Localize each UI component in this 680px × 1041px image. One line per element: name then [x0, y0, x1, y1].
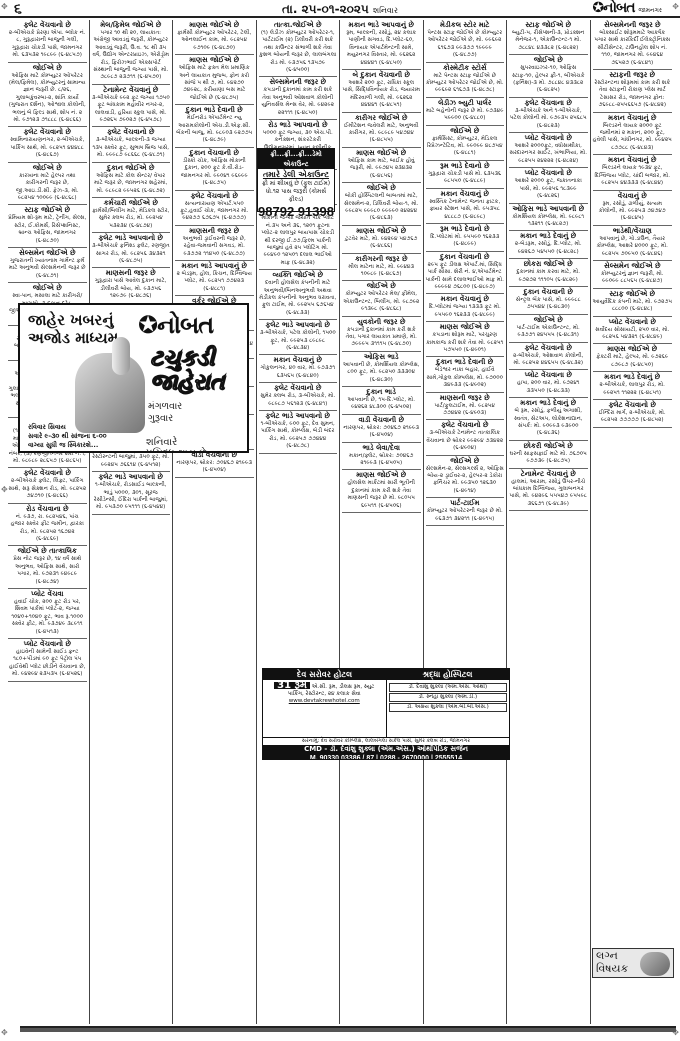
classified-ad: જોઈએ છેઓફિસ માટે કોમ્પ્યુટર ઓપરેટર (મેલ/… [8, 63, 87, 128]
ad-title: મકાન વેંચવાનું છે [426, 295, 505, 304]
ad-body: કપડાની દુકાનમાં કામ કરી શકે તેવા અનુભવી … [259, 87, 338, 117]
ad-title: મકાન વેંચવાનું છે [593, 156, 673, 165]
ad-body: નારણપર, બ્રોકર: ૭૦૪૬૭ ૨૧૯૯૩ (૬-૪૫૦૪) [175, 460, 254, 475]
classified-ad: ફ્લેટ વેંચવાનો છે૨-બીએચકે ફ્લેટ, લિફ્ટ, … [8, 468, 87, 503]
classified-ad: જોઈએ છેસેલ્સમેન-૨, સેલ્સગર્લ્સ ૨, ઓફિસ બ… [426, 456, 505, 499]
day-3: શનિવારે [146, 437, 177, 448]
city-text: જામનગર [638, 7, 662, 14]
ad-title: સ્ટાફ જોઈએ છે [509, 21, 588, 30]
classified-ad: માણસ જોઈએ છેફાર્મસી કોમ્પ્યુટર ઓપરેટર, ટ… [175, 20, 254, 55]
ad-body: ટુટવેર માટે, મો. ૯૪૨૯૪ ૫૪૭૬૭ (૬-૪૮૬૬) [342, 236, 421, 251]
ad-body: નારણપર, બ્રોકર: ૭૦૪૬૭ ૨૧૯૯૩ (૬-૪૫૦૪) [342, 425, 421, 440]
ad-body: પાર્ટ/ફુલટાઈમ, મો. ૯૮૨૫૪ ૭૭૪૪૨ (૬-૪૯૦૩) [426, 403, 505, 418]
ad-body: મકાન/ફ્લેટ, બ્રોકર: ૭૦૪૬૭ ૨૧૯૯૩ (૬-૪૫૦૫) [342, 453, 421, 468]
ad-title: જોઈએ છે તાત્કાલિક [8, 547, 87, 556]
crop-mark-icon: ✥ [1, 1028, 8, 1037]
tuchukdi-jaherat-ad: જાહેર ખબરનુંઅજોડ માધ્યમ ✪નોબત ટચુકડીજાહે… [18, 303, 249, 453]
drummer-logo-icon: ✪ [138, 311, 157, 339]
ad-body: બિલ્ડરને લાયક ૧૯૩૪ ફૂટ, દિગ્વિજય પ્લોટ, … [593, 165, 673, 187]
ad-body: ૩-બીએચકે ફર્નિશ્ડ ફ્લેટ, રણજીત સાગર રોડ,… [92, 243, 171, 265]
ad-body: નં. ૯૩૭, રા. ૯૮૨૫૪૬, પાંચ હજાર સ્ક્વેર ફ… [8, 514, 87, 544]
ad-title: ટેનામેન્ટ વેંચવાનું છે [509, 470, 588, 479]
classified-ad: જોઈએ છેકારખાના માટે હેલ્પર તથા કારીગરની … [8, 163, 87, 206]
classified-ad: તાત્કા.જોઈએ છે(૧) લેડીઝ કોમ્પ્યુટર ઓપરેટ… [259, 20, 338, 77]
thumbs-up-hand-icon [75, 353, 145, 433]
classified-ad: દુકાન ભાડે દેવાની છેમેઈનરોડ એપાર્ટમેન્ટ … [175, 105, 254, 148]
classified-ad: જોઈએ છે તાત્કાલિકપ્રેસ નોટ જરૂર છે, ૧૪ વ… [8, 546, 87, 589]
classified-ad: ફ્લેટ વેંચવાનો છે૩-બીએચકે, બાલ્કની-૩ જગ્… [92, 127, 171, 162]
brand-text: નોબત [157, 311, 213, 339]
ad-title: ફ્લેટ ભાડે આપવાનો છે [259, 321, 338, 330]
classified-ad: સ્ટાફ જોઈએ છેબ્યુટી-૫, રીસેપ્શની-૩, પ્રો… [509, 20, 588, 55]
ad-body: ઈમીટેશન જવેલરી માટે, અનુભવી કારીગર, મો. … [342, 123, 421, 145]
ad-title: પ્લોટ વેંચવા [8, 590, 87, 599]
classified-ad: પ્લોટ વેંચવાનો છેઆશરે ૨૦૦૦ફૂટ, વધોસાથીકા… [509, 133, 588, 168]
classified-ad: ફ્લેટ વેંચવાના છે૩-બીએચકે અને ૧-બીએચકે, … [509, 98, 588, 133]
title-2: જાહેરાત [150, 371, 224, 395]
ad-title: છોકરી જોઈએ છે [509, 442, 588, 451]
classified-ad: ઓફિસ ભાડે આપવાની છેકોમર્શિયલ કોમ્પ્લેક્ષ… [509, 204, 588, 232]
ad-title: મકાન ભાડે દેવાનું છે [509, 232, 588, 241]
ad-body: રૂમ, રસોડું, ઢાળીયું, સત્યમ કોલોની, મો. … [593, 201, 673, 223]
classified-ad: સ્ટાફ જોઈએ છેપ્રેમિયમ શો-રૂમ માટે, ટ્રેન… [8, 205, 87, 248]
ad-title: રૂમ ભાડે દેવાનો છે [426, 162, 505, 171]
ad-title: વાડી વેંચવાની છે [342, 416, 421, 425]
ad-title: મકાન વેંચવાનું છે [426, 190, 505, 199]
ad-body: બોકી હોસ્પિટલની બાબતમાં માટે, સેલ્સમેન-૨… [342, 193, 421, 223]
ad-body: બે રૂમ, રસોડું, ફળીયું અગાશી, સ્વતંત્ર, … [509, 408, 588, 438]
ad-title: માણસની જરૂર છે [92, 269, 171, 278]
classified-ad: સેલ્સમેનની જરૂર છેકપડાની દુકાનમાં કામ કર… [259, 77, 338, 120]
ad-title: ફ્લેટ વેંચવાનો છે [8, 21, 87, 30]
classified-ad: મકાન ભાડે દેવાનું છે૨-બેડરૂમ, રસોડું, દિ… [509, 231, 588, 259]
ad-title: જોઈએ છે [8, 284, 87, 293]
ad-title: મેડીકલ સ્ટોર માટે [426, 21, 505, 30]
ad-title: પ્લોટ વેંચવાનો છે [509, 169, 588, 178]
lagna-vishayak-banner: લગ્ન વિષયક [592, 948, 674, 978]
ad-body: ઓફિસ કામ માટે, બાઈક હોવું જરૂરી, મો. ૯૯૭… [342, 158, 421, 180]
column-6: મેડીકલ સ્ટોર માટેપેન્ટસ સ્ટાફ જોઈએ છે કો… [424, 20, 508, 1024]
ad-title: જોઈએ છે [8, 64, 87, 73]
classified-ad: દુકાન વેંચવાની છેસેન્ટ્રલ બેંક પાસે, મો.… [509, 287, 588, 315]
ad-title: મેલ/ફિમેલ જોઈએ છે [92, 21, 171, 30]
hospital-title: શ્રદ્ધા હોસ્પિટલ [386, 669, 509, 680]
demo-account-ad: ફ્રી...ફ્રી...ફ્રી...ડેમો એકાઉન્ટ તમારે … [257, 148, 335, 212]
ad-body: કોમ્પ્યુટર ઓપરેટર મેલ/ ફીમેલ, એકાઉન્ટન્ટ… [342, 291, 421, 313]
ad-body: હાઇવેની સામેની સાઈડ ફ્રન્ટ ૧૮૦+પીડમાં ૯૦… [8, 649, 87, 679]
ad-body: દવાની હોલસેલ કંપનીની માટે અનુભવી/બિનઅનુભ… [259, 280, 338, 317]
doctor-3: ડૉ. અક્ષય શુક્લા (એમ.બી.બી.એસ.) [389, 703, 508, 712]
ad-title: કારીગરની જરૂર છે [342, 255, 421, 264]
classified-ad: ફ્લેટ વેંચવાનો છે૨-બીએચકે પ્રેરણા એપા. બ… [8, 20, 87, 63]
ad-body: કારખાના માટે હેલ્પર તથા કારીગરની જરૂર છે… [8, 173, 87, 203]
ad-title: જોઈએ છે [342, 282, 421, 291]
classified-ad: મકાન વેંચવાનું છેબિલ્ડરને લાયક ૧૯૩૪ ફૂટ,… [593, 155, 673, 190]
title-1: ટચુકડી [150, 347, 224, 371]
hotel-website-link[interactable]: www.devtakrewhotel.com [289, 698, 360, 704]
hotel-hospital-ad: દેવ સરોવર હોટલશ્રદ્ધા હોસ્પિટલ 31 રૂમ એ.… [262, 668, 510, 760]
classified-ad: ફ્લેટ વેંચવાનો છેઈન્દિરા માર્ગ, ૨-બીએચકે… [593, 400, 673, 428]
ad-body: સેલ્સમેન-૨, સેલ્સગર્લ્સ ૨, ઓફિસ બોય-૨ ડ્… [426, 466, 505, 496]
classified-ad: કોસ્મેટીક સ્ટોર્સમાટે પેન્ટસ સ્ટાફ જોઈએ … [426, 63, 505, 98]
ad-body: ફેક્ટરી માટે, હેલ્પર, મો. ૯૭૨૬૯ ૮૭૯૮૭ (૬… [593, 354, 673, 369]
published-text: શનિવારેપ્રસિદ્ધ થાય છે... [146, 437, 216, 453]
classified-ad: પ્લોટ વેંચવાનો છેસર્વોદય સોસાયટી, ૨૫૦ વા… [593, 317, 673, 345]
classified-ad: દુકાન ભાડેઆપવાની છે, ૧૫-દિ.પ્લોટ, મો. ૯૪… [342, 387, 421, 415]
ad-body: અનુભવી ડ્રાઈવરની જરૂર છે, રહેવા-જમવાની સ… [175, 236, 254, 258]
ad-body: ૨-બીએચકે પ્રેરણા એપા. બ્લોક નં. ૮, ગુરૂદ… [8, 30, 87, 60]
classified-ad: પ્લોટ વેંચવાનો છેઆશરે ૨૦૦૦ ફૂટ, જકાતનાકા… [509, 168, 588, 203]
ad-title: મકાન વેંચવાનું છે [593, 114, 673, 123]
ad-body: ઈન્દિરા માર્ગ, ૨-બીએચકે, મો. ૯૮૨૫૨ ૭૭૭૭૭… [593, 410, 673, 425]
ad-body: આશરે ૨૦૦૦ ફૂટ, જકાતનાકા પાસે, મો. ૯૯૨૫૬ … [509, 178, 588, 200]
ad-body: દિ.પ્લોટમાં જગ્યા ૧૩૩૩ ફૂટ મો. ૯૫૫૯૦ ૧૬૨… [426, 304, 505, 319]
ad-body: ઓફિસ માટે કોલ સેન્ટર/ વેપાર માટે જરૂર છે… [92, 173, 171, 195]
classified-ad: વાડી વેંચવાની છેનારણપર, બ્રોકર: ૭૦૪૬૭ ૨૧… [342, 415, 421, 443]
ad-title: જોઈએ છે [509, 56, 588, 65]
ad-body: બોક્સાઈટ શોરૂમમાટે આકર્ષક પગાર સાથે કારક… [593, 30, 673, 67]
ad-title: ફ્લેટ ભાડે આપવાનો છે [92, 473, 171, 482]
classified-ad: બે દુકાન વેંચવાની છેઆશરે ૨૦૦ ફૂટ, રાધિકા… [342, 70, 421, 113]
column-8: સેલ્સમેનની જરૂર છેબોક્સાઈટ શોરૂમમાટે આકર… [591, 20, 675, 1024]
classified-ad: જોઈએ છેકોમ્પ્યુટર ઓપરેટર મેલ/ ફીમેલ, એકા… [342, 281, 421, 316]
ad-body: ૨-બેડરૂમ, રસોડું, દિ.પ્લોટ, મો. ૯૪૨૬૭ ૫૪… [509, 241, 588, 256]
classified-ad: પ્લોટ વેંચવાના છેહાપા, ૨૦૦ વાર, મો. ૯૭૨૪… [509, 370, 588, 398]
ad-title: દુકાન વેંચવાની છે [426, 253, 505, 262]
ad-title: માણસ જોઈએ છે [342, 149, 421, 158]
ad-title: છોકરા જોઈએ છે [509, 260, 588, 269]
crop-mark-icon: ✥ [1, 2, 8, 11]
ad-title: દુકાન જોઈએ છે [92, 164, 171, 173]
page-header: ૬ તા. ૨૫-૦૧-૨૦૨૫ શનિવાર ✪નોબત જામનગર [0, 0, 680, 18]
ad-title: ફ્લેટ વેંચવાનો છે [259, 384, 338, 393]
ad-body: ૩-બીએચકે અને ૧-બીએચકે, પટેલ કોલોની મો. ૯… [509, 108, 588, 130]
classified-ad: પાર્ટ-ટાઈમકોમ્પ્યુટર ઓપરેટરની જરૂર છે મો… [426, 498, 505, 526]
ad-title: ભાડે લેવા/દેવા [342, 444, 421, 453]
classified-ad: વાડી વેંચવાની છેનારણપર, બ્રોકર: ૭૦૪૬૭ ૨૧… [175, 450, 254, 478]
ad-body: સુમેર ક્લબ રોડ, ૩-બીએચકે, મો. ૯૮૯૮૭ ૫૬૧૨… [259, 393, 338, 408]
ad-title: કોસ્મેટીક સ્ટોર્સ [426, 64, 505, 73]
classified-ad: દુકાન વેંચવાની છેડીસ્કો ચોક, ઓફિસ મોકાની… [175, 148, 254, 191]
ad-body: મીલ માટેના માટે, મો. ૯૯૪૪૩ ૧૦૯૮૯ (૬-૪૮૬૭… [342, 264, 421, 279]
ad-body: સત્યનારાયણ એપાર્ટ.પપ૦ ફૂટ,હવાઈ ચોક, જામન… [175, 201, 254, 223]
ad-timing-note: રવિવાર સિવાય સવારે ૯-૩૦ થી સાંજના ૬-૦૦ વ… [28, 423, 107, 450]
classified-ad: ઓફિસ ભાડેઆપવાની છે, કોમર્શિયલ કોમ્પ્લેક્… [342, 352, 421, 387]
ad-body: આયુર્વેદિક કંપની માટે, મો. ૯૭૨૭૫ ૮૮૮૦૦ (… [593, 299, 673, 314]
classified-ad: ફ્લેટ ભાડે આપવાનો છે૩-બીએચકે ફર્નિશ્ડ ફ્… [92, 233, 171, 268]
classified-ad: યુવકોની જરૂર છેકપડાની દુકાનમાં કામ કરી શ… [342, 317, 421, 352]
classifieds-columns: ફ્લેટ વેંચવાનો છે૨-બીએચકે પ્રેરણા એપા. બ… [6, 20, 674, 1024]
issue-date: તા. ૨૫-૦૧-૨૦૨૫ શનિવાર [0, 2, 680, 17]
ad-body: આપવાની છે, કોમર્શિયલ કોમ્પ્લેક્ષ, ૮૦૦ ફૂ… [342, 362, 421, 384]
classified-ad: દુકાન જોઈએ છેઓફિસ માટે કોલ સેન્ટર/ વેપાર… [92, 163, 171, 198]
ad-body: કોમ્પ્યુટર ઓપરેટરની જરૂર છે મો. ૯૬૩૭૧ ૩૪… [426, 508, 505, 523]
column-1: ફ્લેટ વેંચવાનો છે૨-બીએચકે પ્રેરણા એપા. બ… [6, 20, 90, 1024]
classified-ad: મકાન ભાડે દેવાનું છે૨-બીએચકે, લાલપુર રોડ… [593, 372, 673, 400]
classified-ad: માણસ જોઈએ છેટુટવેર માટે, મો. ૯૪૨૯૪ ૫૪૭૬૭… [342, 226, 421, 254]
ad-body: સેન્ટ્રલ બેંક પાસે, મો. ૯૯૯૮૮ ૭૫૫૪૪ (૬-૪… [509, 297, 588, 312]
ad-body: પગાર ૧૦ થી ૨૦, લાયકાત: અંગ્રેજી આવડવું જ… [92, 30, 171, 82]
ad-title: દુકાન ભાડે [342, 388, 421, 397]
classified-ad: માણસ જોઈએ છેહોલસેલ માર્કેટમાં સારી ભૂતીન… [342, 470, 421, 513]
classified-ad: સેલ્સમેનની જરૂર છેબોક્સાઈટ શોરૂમમાટે આકર… [593, 20, 673, 70]
ad-title: જોઈએ છે [342, 184, 421, 193]
ad-body: સ્વામિનારાયણનગર, ૨-બીએચકે, પાર્કિંગ સાથે… [8, 137, 87, 159]
ad-body: બ્યુટી-૫, રીસેપ્શની-૩, પ્રોડક્શન મેનેજર-… [509, 30, 588, 52]
day-1: મંગળવાર [148, 401, 182, 413]
classified-ad: પ્લોટ વેંચવાનો છેહાઇવેની સામેની સાઈડ ફ્ર… [8, 639, 87, 682]
promo-line-2: તમારે ડેલી એકાઉન્ટ [258, 169, 334, 180]
ad-body: ફાર્મસી/બિલીંગ માટે, મેડિકલ સ્ટોર, સુમેર… [92, 208, 171, 230]
classified-ad: માણસ જોઈએ છેફેક્ટરી માટે, હેલ્પર, મો. ૯૭… [593, 344, 673, 372]
classified-ad: ફ્લેટ ભાડે આપવાનો છે૩-બીએચકે, પટેલ કોલોન… [259, 320, 338, 355]
ad-title: ઓફિસ ભાડે [342, 353, 421, 362]
ad-title: માણસ જોઈએ છે [426, 323, 505, 332]
ad-body: ગુજરાતની ખ્યાતનામ ગાર્મેન્ટ ફર્મ માટે અન… [8, 258, 87, 280]
classified-ad: માણસ જોઈએ છેઓફિસ માટે ફક્ત મેલ પ્રમાણિક … [175, 55, 254, 105]
ad-title: દુકાન વેંચવાની છે [509, 288, 588, 297]
ad-body: ૨-બીએચકે, લાલપુર રોડ, મો. ૯૯૨૫૧ ૧૧૨૨૨ (૬… [593, 382, 673, 397]
column-3: માણસ જોઈએ છેફાર્મસી કોમ્પ્યુટર ઓપરેટર, ટ… [173, 20, 257, 1024]
ad-body: દુકાનમાં કામ કરવા માટે, મો. ૯૭૨૭૨ ૧૧૧૦૫ … [509, 269, 588, 284]
ad-brand: ✪નોબત [138, 311, 213, 339]
classified-ad: પ્લોટ વેંચવાહવાઈ ચોક, ૨૦૦ ફૂટ રોડ પર, શિ… [8, 589, 87, 639]
ad-title: જોઈએ છે [426, 127, 505, 136]
ad-title: માણસ જોઈએ છે [175, 56, 254, 65]
doctor-2: ડૉ. સ્નેહા શુક્લા (એમ.ડી.) [389, 693, 508, 702]
classified-ad: જોઈએ છેપાર્ટ-ટાઈમ એકાઉન્ટન્ટ, મો. ૯૩૭૭૧ … [509, 315, 588, 343]
ad-body: આપવાનું છે, ગો.ડાઉન, તૈયાર કોમ્પ્લેક્ષ, … [593, 236, 673, 258]
ad-body: ૨-બીએચકે ફ્લેટ, લિફ્ટ, પાર્કિંગ સાથે, સર… [8, 478, 87, 500]
ad-body: બિલ્ડરને લાયક ૨૦૦૦ ફૂટ જમીનમાં ૨ મકાન, ૨… [593, 123, 673, 153]
date-text: તા. ૨૫-૦૧-૨૦૨૫ [282, 2, 369, 16]
ad-title: ફ્લેટ ભાડે આપવાનો છે [259, 412, 338, 421]
ad-title: ટેનામેન્ટ વેંચવાનું છે [92, 86, 171, 95]
classified-ad: ટેનામેન્ટ વેંચવાનું છેહાલમાં, આરામ, રસોડ… [509, 469, 588, 512]
ad-title: દુકાન ભાડે દેવાની છે [175, 106, 254, 115]
ad-title: જોઈએ છે [509, 316, 588, 325]
classified-ad: રૂમ ભાડે દેવાનો છેદિ.પ્લોટમાં મો. ૯૫૫૯૦ … [426, 224, 505, 252]
ad-title: પાર્ટ-ટાઈમ [426, 499, 505, 508]
hotel-details: 31 રૂમ એ.સી. રૂમ, ડીલક્ષ રૂમ, સ્યુટ પાર્… [263, 680, 386, 737]
hotel-phones: M. 90330 03386 / 87 | 0288 - 2670000 | 2… [263, 754, 509, 761]
ad-body: કોમર્શિયલ કોમ્પ્લેક્ષ, મો. ૯૮૯૮૧ ૧૩૨૧૧ (… [509, 214, 588, 229]
column-7: સ્ટાફ જોઈએ છેબ્યુટી-૫, રીસેપ્શની-૩, પ્રો… [507, 20, 591, 1024]
ad-title: પ્લોટ વેંચવાનો છે [8, 640, 87, 649]
classified-ad: ફ્લેટ વેંચવાનો છેસ્વામિનારાયણનગર, ૨-બીએચ… [8, 127, 87, 162]
ad-body: માટે બહેનોની જરૂર છે મો. ૯૭૩૪૯ ૫૯૯૦૦ (૬-… [426, 108, 505, 123]
ad-title: સ્ટાફ જોઈએ છે [8, 206, 87, 215]
ad-title: મકાન ભાડે દેવાનું છે [509, 399, 588, 408]
ad-body: ઓફિસ માટે ફક્ત મેલ પ્રમાણિક અને લાયકાત મ… [175, 65, 254, 102]
classified-ad: ફ્લેટ વેંચવાનો છેસત્યનારાયણ એપાર્ટ.પપ૦ ફ… [175, 191, 254, 226]
ad-body: હવાઈ ચોક, ૨૦૦ ફૂટ રોડ પર, શિવમ પાર્કમાં … [8, 599, 87, 636]
room-desc: એ.સી. રૂમ, ડીલક્ષ રૂમ, સ્યુટ [312, 684, 375, 690]
classified-ad: રૂમ ભાડે દેવાનો છેગુરૂદ્વારા ચોકડી પાસે … [426, 161, 505, 189]
ad-title: જોઈએ છે [426, 457, 505, 466]
ad-body: હાલમાં, આરામ, રસોડું ઉપર-નીચે બાંધકામ દિ… [509, 479, 588, 509]
ad-title: કર્મચારી જોઈએ છે [92, 199, 171, 208]
ad-body: કોમ્પ્યુટરનું જ્ઞાન જરૂરી, મો. ૯૯૦૯૯ ૮૮૫… [593, 271, 673, 286]
ad-title: સ્ટાફ જોઈએ છે [593, 290, 673, 299]
column-2: મેલ/ફિમેલ જોઈએ છેપગાર ૧૦ થી ૨૦, લાયકાત: … [90, 20, 174, 1024]
ad-body: ફાર્મસી કોમ્પ્યુટર ઓપરેટર, ટેલી, ઓનલાઈન … [175, 30, 254, 52]
thumb-icon [112, 337, 130, 375]
promo-phone: 98792 91398 [258, 204, 334, 219]
note-2: સવારે ૯-૩૦ થી સાંજના ૬-૦૦ [28, 432, 107, 441]
ad-body: ૨૯૫ ફૂટ ડીલક્ષ એપાર્ટ.માં, સિદ્ધિ પાર્ક … [426, 262, 505, 292]
column-5: મકાન ભાડે આપવાનું છેરૂમ, બાલ્કની, રસોડું… [340, 20, 424, 1024]
ad-title: ઓફિસ ભાડે આપવાની છે [509, 205, 588, 214]
ad-title: મકાન ભાડે દેવાનું છે [593, 373, 673, 382]
newspaper-logo: ✪નોબત જામનગર [592, 0, 662, 16]
ad-title: સેલ્સમેનની જરૂર છે [593, 21, 673, 30]
ad-body: કપડાના શોરૂમ માટે, પરચુરણ કામકાજ કરી શકે… [426, 332, 505, 354]
classified-ad: દુકાન ભાડે દેવાની છેબેડેશ્વર નાકા બહાર, … [426, 357, 505, 392]
classified-ad: માણસની જરૂર છેઅનુભવી ડ્રાઈવરની જરૂર છે, … [175, 226, 254, 261]
ad-body: ઘરની સાફસફાઈ માટે મો. ૭૬૭૦૫ ૯૭૭૩૯ (૬-૪૮૭… [509, 451, 588, 466]
ad-body: રૂમ, બાલ્કની, રસોડું, ૨૪ કલાક પાણીની સગવ… [342, 30, 421, 67]
classified-ad: કારીગરની જરૂર છેમીલ માટેના માટે, મો. ૯૯૪… [342, 254, 421, 282]
ad-body: પ્રેમિયમ શો-રૂમ માટે, ટ્રેનીંગ, સેલ્સ, સ… [8, 215, 87, 245]
classified-ad: મકાન વેંચવાનું છેગોકુલનગર, ૪૦ વાર, મો. ૯… [259, 355, 338, 383]
ad-title: તાત્કા.જોઈએ છે [259, 21, 338, 30]
classified-ad: ફ્લેટ વેંચવાનો છેસુમેર ક્લબ રોડ, ૩-બીએચક… [259, 383, 338, 411]
ad-title: રોડ વેંચવાના છે [8, 505, 87, 514]
rooms-badge: 31 રૂમ [274, 682, 310, 689]
ad-body: કપડાની દુકાનમાં કામ કરી શકે તેવા, પગાર લ… [342, 327, 421, 349]
hospital-details: ડૉ. દેવાંશુ શુક્લા (એમ.એસ. ઓર્થો) ડૉ. સ્… [386, 680, 510, 737]
classified-ad: ભાડે લેવા/દેવામકાન/ફ્લેટ, બ્રોકર: ૭૦૪૬૭ … [342, 443, 421, 471]
note-3: વાગ્યા સુધી જ સ્વિકારશે... [28, 441, 107, 450]
ad-headline: જાહેર ખબરનુંઅજોડ માધ્યમ [28, 311, 118, 347]
ad-title: જોઈએ છે [8, 164, 87, 173]
weekday-text: શનિવાર [373, 6, 398, 15]
ad-body: ૩-બીએચકે ટેનામેન્ટ તાત્કાલિક વેંચવાના છે… [426, 430, 505, 452]
ad-body: ગુરૂદ્વારા પાસે આવેલ દુકાન માટે, ડીલીવરી… [92, 278, 171, 300]
ad-title: બે દુકાન વેંચવાની છે [342, 71, 421, 80]
ad-title: દુકાન વેંચવાની છે [175, 149, 254, 158]
hotel-title: દેવ સરોવર હોટલ [263, 669, 386, 680]
ad-body: ૩-બીએચકે, પટેલ કોલોની, ૧૫૦૦ ફૂટ, મો. ૯૯૨… [259, 330, 338, 352]
classified-ad: સેલ્સમેન જોઈએ છેકોમ્પ્યુટરનું જ્ઞાન જરૂર… [593, 261, 673, 289]
classified-ad: છોકરી જોઈએ છેઘરની સાફસફાઈ માટે મો. ૭૬૭૦૫… [509, 441, 588, 469]
promo-line-4: ધો.૧૨ પાસ જરૂરી (કોમર્સ ફીલ્ડ) [258, 188, 334, 204]
ad-title: માણસની જરૂર છે [426, 394, 505, 403]
crop-mark-icon: ✥ [672, 2, 679, 11]
ad-title: મકાન ભાડે આપવાનું છે [342, 21, 421, 30]
ad-body: ૨-બીએચકે, ઓશવાળ કોલોની, મો. ૯૮૨૫૨ ૪૪૬૫૫ … [509, 353, 588, 368]
ad-title: માણસ જોઈએ છે [175, 21, 254, 30]
ad-title: ટચુકડીજાહેરાત [150, 347, 224, 395]
ad-body: રેસ્ટોરન્ટના શોરૂમમાં કામ કરી શકે તેવા સ… [593, 80, 673, 110]
ad-body: પાર્ટ-ટાઈમ એકાઉન્ટન્ટ, મો. ૯૩૭૭૧ ૨૪૫૫૫ (… [509, 325, 588, 340]
ad-body: ડીસ્કો ચોક, ઓફિસ મોકાની દુકાન, ૨૦૦ ફૂટ ક… [175, 158, 254, 188]
ad-body: આશરે ૨૦૦ ફૂટ, રાધિકા સ્કૂલ પાસે, સિદ્ધિવ… [342, 80, 421, 110]
couple-illustration-icon [640, 952, 670, 976]
published-line: પ્રસિદ્ધ થાય છે... [146, 448, 216, 453]
ad-title: લેડીઝ બ્યુટી પાર્લર [426, 99, 505, 108]
classified-ad: ભાડેથી/વેંચાણઆપવાનું છે, ગો.ડાઉન, તૈયાર … [593, 226, 673, 261]
ad-body: દિ.પ્લોટમાં મો. ૯૫૫૯૦ ૧૬૨૩૩ (૬-૪૮૯૯) [426, 234, 505, 249]
classified-ad: લેડીઝ બ્યુટી પાર્લરમાટે બહેનોની જરૂર છે … [426, 98, 505, 126]
ad-title: રૂમ ભાડે દેવાનો છે [426, 225, 505, 234]
ad-body: ઓફિસ માટે કોમ્પ્યુટર ઓપરેટર (મેલ/ફિમેલ),… [8, 73, 87, 125]
classified-ad: મકાન ભાડે આપવાનું છેરૂમ, બાલ્કની, રસોડું… [342, 20, 421, 70]
classified-ad: છોકરા જોઈએ છેદુકાનમાં કામ કરવા માટે, મો.… [509, 259, 588, 287]
ad-title: ફ્લેટ વેંચવાનો છે [593, 401, 673, 410]
hotel-ad-body: 31 રૂમ એ.સી. રૂમ, ડીલક્ષ રૂમ, સ્યુટ પાર્… [263, 680, 509, 737]
ad-body: સર્વોદય સોસાયટી, ૨૫૦ વાર, મો. ૯૮૨૫૬ ૫૪૩૨… [593, 327, 673, 342]
logo-text: નોબત [603, 0, 634, 16]
classified-ad: મકાન વેંચવાનું છેદિ.પ્લોટમાં જગ્યા ૧૩૩૩ … [426, 294, 505, 322]
classified-ad: માણસની જરૂર છેપાર્ટ/ફુલટાઈમ, મો. ૯૮૨૫૪ ૭… [426, 393, 505, 421]
classified-ad: જોઈએ છેબોકી હોસ્પિટલની બાબતમાં માટે, સેલ… [342, 183, 421, 226]
classified-ad: માણસની જરૂર છેગુરૂદ્વારા પાસે આવેલ દુકાન… [92, 268, 171, 303]
classified-ad: સ્ટાફ જોઈએ છેઆયુર્વેદિક કંપની માટે, મો. … [593, 289, 673, 317]
ad-title: વેંચવાનું છે [593, 192, 673, 201]
ad-title: ફ્લેટ ભાડે આપવાનો છે [92, 234, 171, 243]
ad-body: માટે પેન્ટસ સ્ટાફ જોઈએ છે કોમ્પ્યુટર ઓપર… [426, 73, 505, 95]
ad-body: ગોકુલનગર, ૪૦ વાર, મો. ૯૭૩૭૧ ૬૩૫૬૫ (૬-૪૮૪… [259, 365, 338, 380]
ad-title: ફ્લેટ વેંચવાનો છે [509, 344, 588, 353]
ad-title: ફ્લેટ વેંચવાનો છે [175, 192, 254, 201]
classified-ad: કર્મચારી જોઈએ છેફાર્મસી/બિલીંગ માટે, મેડ… [92, 198, 171, 233]
ad-title: વ્યક્તિ જોઈએ છે [259, 271, 338, 280]
ad-body: હોલસેલ માર્કેટમાં સારી ભૂતીની દુકાનમાં ક… [342, 480, 421, 510]
note-1: રવિવાર સિવાય [28, 423, 107, 432]
ad-body: ૧-બીએચકે, રોડસાઈડ બાલ્કની, ભાડું ૫૦૦૦, ૩… [92, 482, 171, 512]
ad-body: ૨ બેડરૂમ, હોલ, કિચન, દિગ્વિજય પ્લોટ, મો.… [175, 271, 254, 293]
classified-ad: સ્ટાફની જરૂર છેરેસ્ટોરન્ટના શોરૂમમાં કામ… [593, 70, 673, 113]
classified-ad: વ્યક્તિ જોઈએ છેદવાની હોલસેલ કંપનીની માટે… [259, 270, 338, 320]
ad-title: મકાન ભાડે આપવાનું છે [175, 262, 254, 271]
promo-line-3: ફ્રી માં શીખવું છે (ફુલ ટાઈમ) [258, 180, 334, 188]
classified-ad: જોઈએ છેસુપરવાઇઝર-૧૦, ઓફિસ સ્ટાફ-૧૦, હેલ્… [509, 55, 588, 98]
ad-title: રોડ ભાડે આપવાનો છે [259, 121, 338, 130]
ad-body: ૩-બીએચકે, બાલ્કની-૩ જગ્યા ૧૩૫ સ્ક્વેર ફૂ… [92, 137, 171, 159]
day-2: ગુરૂવાર [148, 413, 182, 425]
ad-title: સેલ્સમેન જોઈએ છે [593, 262, 673, 271]
ad-body: બેડેશ્વર નાકા બહાર, હાઈવે સામે,ગોકુલ કોમ… [426, 367, 505, 389]
classified-ad: ફ્લેટ ભાડે આપવાનો છે૧-બીએચકે, રોડસાઈડ બા… [92, 472, 171, 515]
classified-ad: જોઈએ છેફાર્મસિસ્ટ, કોમ્પ્યુટર, મેડિકલ રિ… [426, 126, 505, 161]
ad-title: સ્ટાફની જરૂર છે [593, 71, 673, 80]
page-footer-rule [20, 1026, 676, 1032]
ad-title: માણસ જોઈએ છે [342, 227, 421, 236]
ad-body: ફાર્મસિસ્ટ, કોમ્પ્યુટર, મેડિકલ રિપ્રેઝન્… [426, 136, 505, 158]
classified-ad: દુકાન વેંચવાની છે૨૯૫ ફૂટ ડીલક્ષ એપાર્ટ.મ… [426, 252, 505, 295]
facility-text: પાર્કિંગ, રેસ્ટોરન્ટ, ૨૪ કલાક સેવા [288, 691, 361, 697]
classified-ad: કારીગર જોઈએ છેઈમીટેશન જવેલરી માટે, અનુભવ… [342, 113, 421, 148]
ad-body: ૧-બીએચકે, ૯૦૦ ફૂટ, દેવ સુમન, પાર્કિંગ સા… [259, 421, 338, 451]
ad-body: આશરે ૨૦૦૦ફૂટ, વધોસાથીકા, સરદારનગર સાઈટ, … [509, 143, 588, 165]
classified-ad: મકાન વેંચવાનું છેસ્વસ્તિક ટેનામેન્ટ જનતા… [426, 189, 505, 224]
ad-title: પ્લોટ વેંચવાનો છે [509, 134, 588, 143]
classified-ad: સેલ્સમેન જોઈએ છેગુજરાતની ખ્યાતનામ ગાર્મે… [8, 248, 87, 283]
classified-ad: વેંચવાનું છેરૂમ, રસોડું, ઢાળીયું, સત્યમ … [593, 191, 673, 226]
ad-body: સુપરવાઇઝર-૧૦, ઓફિસ સ્ટાફ-૧૦, હેલ્પર ફ્રી… [509, 65, 588, 95]
classified-ad: મેલ/ફિમેલ જોઈએ છેપગાર ૧૦ થી ૨૦, લાયકાત: … [92, 20, 171, 85]
ad-title: માણસની જરૂર છે [175, 227, 254, 236]
ad-body: મોકાની જગ્યા જયોત પાર્ક પ્લોટ નં.૩૫ અને … [259, 215, 338, 267]
ad-body: પ્રેસ નોટ જરૂર છે, ૧૪ વર્ષ સાથે અનુભવ, ઓ… [8, 556, 87, 586]
ad-body: આપવાની છે, ૧૫-દિ.પ્લોટ, મો. ૯૪૨૬૨ ૪૮૩૦૦ … [342, 397, 421, 412]
classified-ad: ફ્લેટ ભાડે આપવાનો છે૧-બીએચકે, ૯૦૦ ફૂટ, દ… [259, 411, 338, 454]
publish-days: મંગળવાર ગુરૂવાર [148, 401, 182, 425]
classified-ad: મકાન ભાડે દેવાનું છેબે રૂમ, રસોડું, ફળીય… [509, 398, 588, 441]
classified-ad: ફ્લેટ વેંચવાનો છે૩-બીએચકે ટેનામેન્ટ તાત્… [426, 420, 505, 455]
